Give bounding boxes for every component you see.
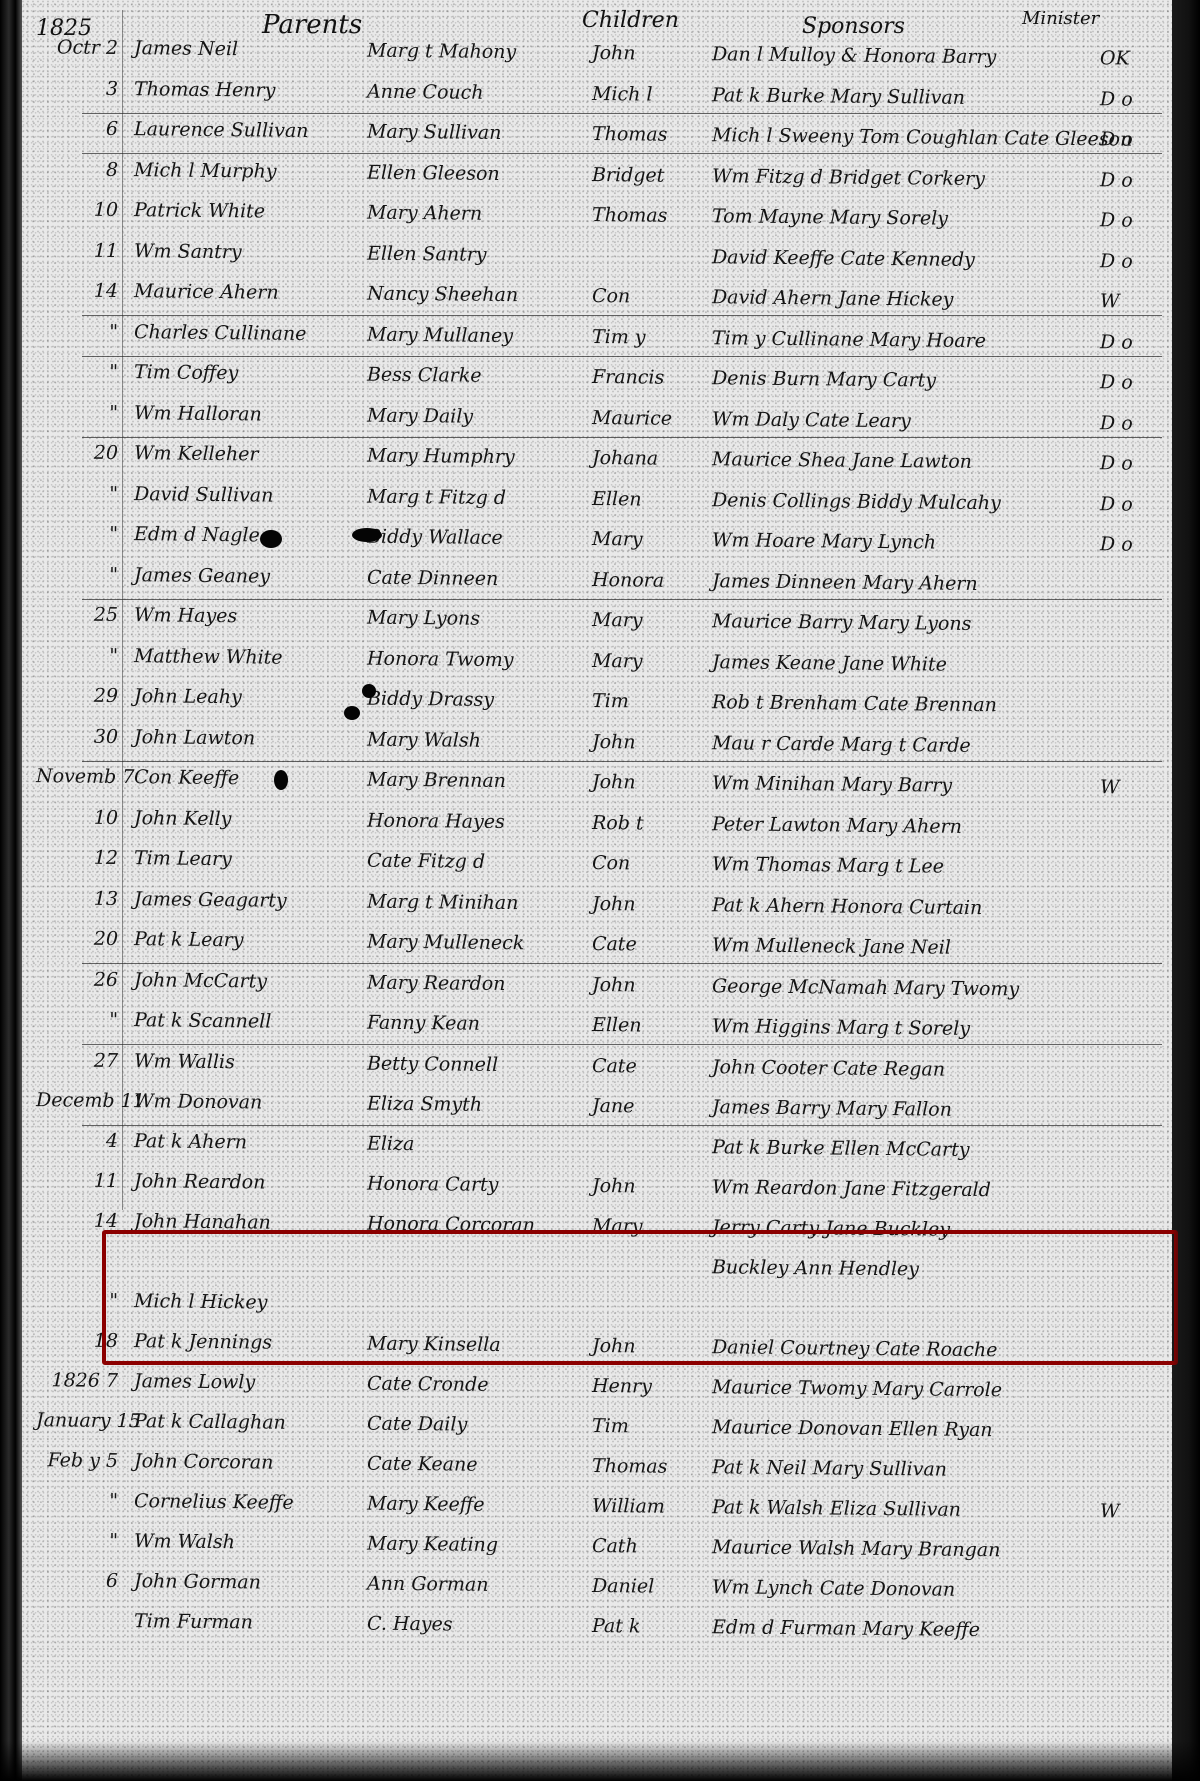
father-name: John Corcoran [134,1450,274,1473]
entry-date: 6 [36,1569,118,1592]
entry-date: " [36,360,118,383]
entry-date: " [36,563,118,586]
mother-name: Cate Dinneen [367,566,499,589]
entry-date: " [36,401,118,424]
entry-date: 20 [36,441,118,464]
sponsors-names: Maurice Barry Mary Lyons [712,610,972,635]
entry-date: 14 [36,1209,118,1232]
father-name: Mich l Murphy [134,159,277,182]
father-name: Tim Coffey [134,361,238,384]
entry-date: 13 [36,887,118,910]
entry-date: 10 [36,806,118,829]
mother-name: Cate Daily [367,1413,467,1436]
father-name: Wm Donovan [134,1090,262,1113]
father-name: John Gorman [134,1570,261,1593]
minister-initials: D o [1100,331,1133,353]
entry-date: Decemb 11 [36,1089,118,1112]
ink-blot [362,684,376,698]
father-name: Tim Leary [134,847,232,870]
entry-date: 11 [36,239,118,262]
entry-date: 1826 7 [36,1369,118,1392]
mother-name: Honora Twomy [367,647,514,671]
mother-name: Fanny Kean [367,1012,480,1035]
sponsors-names: Mau r Carde Marg t Carde [712,732,971,757]
mother-name: Honora Carty [367,1173,499,1196]
register-entry: 13James GeagartyMarg t MinihanJohnPat k … [22,880,1172,928]
entry-date: 26 [36,968,118,991]
child-name: Pat k [592,1615,641,1638]
sponsors-names: Maurice Twomy Mary Carrole [712,1376,1002,1401]
child-name: Tim y [592,325,646,348]
register-entry: Novemb 7Con KeeffeMary BrennanJohnWm Min… [22,759,1172,807]
minister-initials: D o [1100,452,1133,474]
sponsors-names: Dan l Mulloy & Honora Barry [712,43,997,68]
mother-name: C. Hayes [367,1613,453,1636]
register-entry: "Edm d NagleBiddy WallaceMaryWm Hoare Ma… [22,516,1172,564]
child-name: Ellen [592,1014,642,1037]
entry-date: " [36,1489,118,1512]
father-name: Thomas Henry [134,78,276,101]
child-name: Honora [592,568,664,591]
mother-name: Marg t Mahony [367,40,516,64]
register-entry: 20Wm KelleherMary HumphryJohanaMaurice S… [22,435,1172,483]
father-name: Charles Cullinane [134,321,307,345]
sponsors-names: Pat k Burke Ellen McCarty [712,1136,970,1161]
entry-date: 29 [36,684,118,707]
father-name: Matthew White [134,645,283,669]
mother-name: Mary Keeffe [367,1493,485,1516]
sponsors-names: Wm Higgins Marg t Sorely [712,1015,970,1040]
child-name: Thomas [592,204,668,227]
mother-name: Mary Brennan [367,769,506,792]
child-name: Mary [592,649,643,672]
minister-initials: D o [1100,250,1133,272]
child-name: John [592,892,636,914]
mother-name: Mary Reardon [367,971,506,994]
mother-name: Mary Daily [367,404,473,427]
father-name: James Geagarty [134,888,287,912]
child-name: Cate [592,1054,637,1076]
child-name: Con [592,852,630,874]
sponsors-names: Tom Mayne Mary Sorely [712,205,948,229]
father-name: Wm Kelleher [134,442,259,465]
mother-name: Cate Fitzg d [367,850,485,873]
ink-blot [274,770,288,790]
mother-name: Betty Connell [367,1052,498,1075]
sponsors-names: Wm Daly Cate Leary [712,408,911,432]
father-name: Pat k Ahern [134,1130,247,1153]
father-name: John Leahy [134,685,242,708]
sponsors-names: James Keane Jane White [712,651,947,675]
entry-date: 11 [36,1169,118,1192]
father-name: Pat k Callaghan [134,1410,286,1434]
entry-date: " [36,644,118,667]
ink-blot [344,706,360,720]
father-name: James Neil [134,37,238,60]
sponsors-names: James Dinneen Mary Ahern [712,570,978,595]
entry-date: " [36,320,118,343]
mother-name: Anne Couch [367,80,484,103]
sponsors-names: Pat k Burke Mary Sullivan [712,84,965,109]
register-entry: 11Wm SantryEllen SantryDavid Keeffe Cate… [22,232,1172,280]
entry-date: 14 [36,279,118,302]
sponsors-names: David Keeffe Cate Kennedy [712,246,975,271]
entry-date: Feb y 5 [36,1449,118,1472]
minister-initials: D o [1100,533,1133,555]
sponsors-names: Tim y Cullinane Mary Hoare [712,327,986,352]
father-name: Cornelius Keeffe [134,1490,294,1514]
minister-initials: W [1100,776,1120,798]
entry-date: 8 [36,158,118,181]
entry-date: 20 [36,927,118,950]
father-name: Laurence Sullivan [134,118,309,142]
entry-date: " [36,522,118,545]
sponsors-names: Wm Reardon Jane Fitzgerald [712,1176,991,1201]
sponsors-names: Denis Collings Biddy Mulcahy [712,489,1001,514]
minister-initials: OK [1100,47,1130,69]
father-name: Pat k Leary [134,928,244,951]
sponsors-names: Wm Fitzg d Bridget Corkery [712,165,985,190]
mother-name: Biddy Drassy [367,688,494,711]
entry-date: " [36,1008,118,1031]
entry-date: 3 [36,77,118,100]
sponsors-header: Sponsors [802,14,905,39]
mother-name: Mary Mullaney [367,323,513,347]
child-name: William [592,1495,665,1518]
entry-date: " [36,1529,118,1552]
child-name: Thomas [592,123,668,146]
entry-date: Novemb 7 [36,765,118,788]
sponsors-names: Peter Lawton Mary Ahern [712,813,962,838]
minister-initials: W [1100,290,1120,312]
entry-date: " [36,482,118,505]
sponsors-names: Wm Minihan Mary Barry [712,772,952,797]
minister-initials: D o [1100,128,1133,150]
child-name: Con [592,285,630,307]
father-name: Tim Furman [134,1610,253,1633]
child-name: John [592,1175,636,1197]
sponsors-names: Pat k Neil Mary Sullivan [712,1456,947,1480]
sponsors-names: James Barry Mary Fallon [712,1096,952,1121]
sponsors-names: Wm Hoare Mary Lynch [712,529,936,553]
mother-name: Cate Cronde [367,1373,489,1396]
father-name: Edm d Nagle [134,523,260,546]
father-name: Pat k Scannell [134,1009,272,1032]
child-name: Ellen [592,487,642,510]
child-name: Thomas [592,1455,668,1478]
child-name: John [592,730,636,752]
minister-initials: D o [1100,493,1133,515]
child-name: Johana [592,447,658,470]
child-name: Henry [592,1375,652,1398]
child-name: Jane [592,1095,635,1117]
mother-name: Mary Mulleneck [367,931,525,955]
mother-name: Eliza [367,1133,415,1155]
register-entry: 12Tim LearyCate Fitzg dConWm Thomas Marg… [22,840,1172,888]
register-entry: 10John KellyHonora HayesRob tPeter Lawto… [22,799,1172,847]
sponsors-names: Edm d Furman Mary Keeffe [712,1616,980,1641]
children-header: Children [582,8,679,33]
register-entry: Tim FurmanC. HayesPat kEdm d Furman Mary… [22,1603,1172,1651]
sponsors-names: Wm Lynch Cate Donovan [712,1576,955,1601]
mother-name: Mary Humphry [367,445,515,469]
register-entry: "David SullivanMarg t Fitzg dEllenDenis … [22,475,1172,523]
register-entry: "Wm HalloranMary DailyMauriceWm Daly Cat… [22,394,1172,442]
register-entry: "Matthew WhiteHonora TwomyMaryJames Kean… [22,637,1172,685]
mother-name: Honora Hayes [367,809,505,832]
child-name: Tim [592,690,629,712]
register-entry: 6Laurence SullivanMary SullivanThomasMic… [22,111,1172,159]
minister-initials: D o [1100,169,1133,191]
sponsors-names: Wm Thomas Marg t Lee [712,853,944,877]
sponsors-names: Wm Mulleneck Jane Neil [712,934,951,958]
register-entry: 29John LeahyBiddy DrassyTimRob t Brenham… [22,678,1172,726]
register-entry: 25Wm HayesMary LyonsMaryMaurice Barry Ma… [22,597,1172,645]
child-name: John [592,973,636,995]
father-name: James Lowly [134,1370,255,1393]
sponsors-names: Pat k Ahern Honora Curtain [712,894,983,919]
register-page: 1825 Parents Children Sponsors Minister … [22,0,1172,1781]
mother-name: Marg t Minihan [367,890,519,914]
child-name: John [592,42,636,64]
father-name: Patrick White [134,199,265,222]
mother-name: Ellen Santry [367,242,487,265]
mother-name: Ann Gorman [367,1573,489,1596]
father-name: John McCarty [134,969,267,992]
entry-date: 27 [36,1049,118,1072]
entry-date: 25 [36,603,118,626]
mother-name: Ellen Gleeson [367,161,500,184]
entry-date: January 15 [36,1409,118,1432]
entry-date: 12 [36,846,118,869]
father-name: John Lawton [134,726,255,749]
father-name: James Geaney [134,564,270,587]
father-name: David Sullivan [134,483,274,506]
minister-initials: D o [1100,371,1133,393]
mother-name: Bess Clarke [367,364,482,387]
father-name: John Reardon [134,1170,266,1193]
father-name: Wm Wallis [134,1050,235,1073]
mother-name: Nancy Sheehan [367,283,518,307]
sponsors-names: Maurice Donovan Ellen Ryan [712,1416,993,1441]
register-entry: 30John LawtonMary WalshJohnMau r Carde M… [22,718,1172,766]
child-name: Maurice [592,406,672,429]
entry-date: 10 [36,198,118,221]
mother-name: Mary Keating [367,1533,498,1556]
father-name: Wm Santry [134,240,242,263]
father-name: Wm Hayes [134,604,237,627]
sponsors-names: George McNamah Mary Twomy [712,975,1019,1000]
father-name: Con Keeffe [134,766,239,789]
child-name: Mary [592,528,643,551]
father-name: Maurice Ahern [134,280,279,304]
child-name: Mich l [592,82,653,105]
register-entry: 26John McCartyMary ReardonJohnGeorge McN… [22,961,1172,1009]
sponsors-names: Rob t Brenham Cate Brennan [712,691,997,716]
child-name: Daniel [592,1575,654,1598]
father-name: Wm Halloran [134,402,262,425]
ink-blot [352,528,382,542]
sponsors-names: John Cooter Cate Regan [712,1056,945,1080]
entry-date: Octr 2 [36,36,118,59]
register-entry: 27Wm WallisBetty ConnellCateJohn Cooter … [22,1042,1172,1090]
register-entry: "Charles CullinaneMary MullaneyTim yTim … [22,313,1172,361]
entry-date: 4 [36,1129,118,1152]
mother-name: Eliza Smyth [367,1093,482,1116]
minister-header: Minister [1022,8,1099,29]
child-name: Rob t [592,811,644,834]
mother-name: Marg t Fitzg d [367,485,506,508]
page-edge-shadow [1172,0,1200,1781]
register-entry: "James GeaneyCate DinneenHonoraJames Din… [22,556,1172,604]
child-name: Cate [592,933,637,955]
father-name: Wm Walsh [134,1530,235,1553]
child-name: Tim [592,1415,629,1437]
sponsors-names: Denis Burn Mary Carty [712,367,936,391]
entry-date: 30 [36,725,118,748]
child-name: Cath [592,1535,638,1557]
page-bottom-shadow [0,1741,1200,1781]
entry-date: 6 [36,117,118,140]
register-entry: 8Mich l MurphyEllen GleesonBridgetWm Fit… [22,151,1172,199]
entry-date [36,1609,118,1610]
ink-blot [260,530,282,548]
mother-name: Mary Ahern [367,202,482,225]
sponsors-names: Mich l Sweeny Tom Coughlan Cate Gleeson [712,124,1133,150]
minister-initials: W [1100,1500,1120,1522]
father-name: John Kelly [134,807,232,830]
register-entry: 20Pat k LearyMary MulleneckCateWm Mullen… [22,921,1172,969]
mother-name: Cate Keane [367,1453,478,1476]
sponsors-names: Maurice Shea Jane Lawton [712,448,972,473]
minister-initials: D o [1100,412,1133,434]
highlighted-entries-box [102,1230,1178,1365]
register-entry: 3Thomas HenryAnne CouchMich lPat k Burke… [22,70,1172,118]
sponsors-names: Maurice Walsh Mary Brangan [712,1536,1001,1561]
book-binding [0,0,22,1781]
register-entry: 10Patrick WhiteMary AhernThomasTom Mayne… [22,192,1172,240]
mother-name: Mary Sullivan [367,121,502,144]
register-entry: "Tim CoffeyBess ClarkeFrancisDenis Burn … [22,354,1172,402]
sponsors-names: David Ahern Jane Hickey [712,286,954,311]
child-name: Mary [592,609,643,632]
register-entry: 14Maurice AhernNancy SheehanConDavid Ahe… [22,273,1172,321]
mother-name: Mary Walsh [367,728,481,751]
mother-name: Biddy Wallace [367,526,503,549]
mother-name: Mary Lyons [367,607,480,630]
child-name: Bridget [592,163,665,186]
minister-initials: D o [1100,209,1133,231]
minister-initials: D o [1100,88,1133,110]
child-name: Francis [592,366,665,389]
sponsors-names: Pat k Walsh Eliza Sullivan [712,1496,961,1521]
register-entry: "Pat k ScannellFanny KeanEllenWm Higgins… [22,1002,1172,1050]
child-name: John [592,771,636,793]
